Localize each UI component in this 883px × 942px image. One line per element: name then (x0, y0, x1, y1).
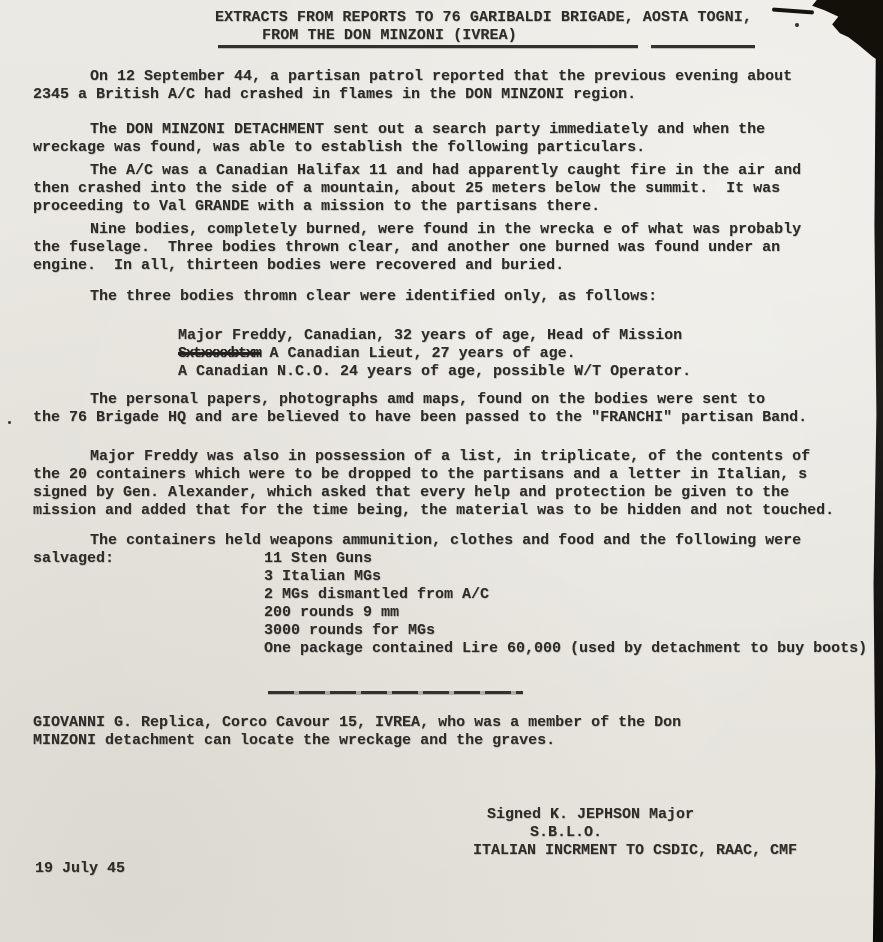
signature-line: S.B.L.O. (530, 824, 602, 842)
heading-underline-segment (218, 45, 638, 48)
document-date: 19 July 45 (35, 860, 125, 878)
paragraph-line: MINZONI detachment can locate the wrecka… (33, 732, 555, 750)
signature-line: Signed K. JEPHSON Major (487, 806, 694, 824)
struck-out-text: Sxtxxxxbtxm (178, 345, 261, 362)
torn-corner-crack (772, 8, 814, 15)
scan-edge (872, 0, 883, 942)
paragraph-line: then crashed into the side of a mountain… (33, 180, 780, 198)
paragraph-line: the 76 Brigade HQ and are believed to ha… (33, 409, 807, 427)
heading-line1: EXTRACTS FROM REPORTS TO 76 GARIBALDI BR… (215, 9, 752, 27)
list-item-text: A Canadian Lieut, 27 years of age. (261, 345, 576, 362)
paragraph-line: engine. In all, thirteen bodies were rec… (33, 257, 564, 275)
paragraph-line: On 12 September 44, a partisan patrol re… (90, 68, 792, 86)
paragraph-line: signed by Gen. Alexander, which asked th… (33, 484, 789, 502)
paragraph-line: The A/C was a Canadian Halifax 11 and ha… (90, 162, 801, 180)
signature-line: ITALIAN INCRMENT TO CSDIC, RAAC, CMF (473, 842, 797, 860)
paragraph-line: Nine bodies, completely burned, were fou… (90, 221, 801, 239)
paragraph-line: the 20 containers which were to be dropp… (33, 466, 807, 484)
heading-line2: FROM THE DON MINZONI (IVREA) (262, 27, 517, 45)
paragraph-line: The three bodies thromn clear were ident… (90, 288, 657, 306)
paragraph-line: the fuselage. Three bodies thrown clear,… (33, 239, 780, 257)
salvage-item: One package contained Lire 60,000 (used … (264, 640, 867, 658)
paragraph-line: GIOVANNI G. Replica, Corco Cavour 15, IV… (33, 714, 681, 732)
paragraph-line: proceeding to Val GRANDE with a mission … (33, 198, 600, 216)
salvage-item: 11 Sten Guns (264, 550, 372, 568)
section-divider (268, 691, 523, 694)
salvage-item: 3 Italian MGs (264, 568, 381, 586)
list-item: Sxtxxxxbtxm A Canadian Lieut, 27 years o… (178, 345, 576, 363)
paragraph-line: wreckage was found, was able to establis… (33, 139, 645, 157)
list-item: Major Freddy, Canadian, 32 years of age,… (178, 327, 682, 345)
paragraph-line: The DON MINZONI DETACHMENT sent out a se… (90, 121, 765, 139)
heading-underline-segment (651, 45, 755, 48)
list-item: A Canadian N.C.O. 24 years of age, possi… (178, 363, 691, 381)
document-page: EXTRACTS FROM REPORTS TO 76 GARIBALDI BR… (0, 0, 883, 942)
paragraph-line: mission and added that for the time bein… (33, 502, 834, 520)
salvage-item: 2 MGs dismantled from A/C (264, 586, 489, 604)
salvage-item: 3000 rounds for MGs (264, 622, 435, 640)
paragraph-line: The personal papers, photographs amd map… (90, 391, 765, 409)
paragraph-line: The containers held weapons ammunition, … (90, 532, 801, 550)
torn-corner (806, 0, 883, 64)
paragraph-line: 2345 a British A/C had crashed in flames… (33, 86, 636, 104)
salvage-item: 200 rounds 9 mm (264, 604, 399, 622)
salvaged-label: salvaged: (33, 550, 114, 568)
paragraph-line: Major Freddy was also in possession of a… (90, 448, 810, 466)
ink-speck (795, 23, 799, 27)
ink-speck (8, 421, 11, 424)
